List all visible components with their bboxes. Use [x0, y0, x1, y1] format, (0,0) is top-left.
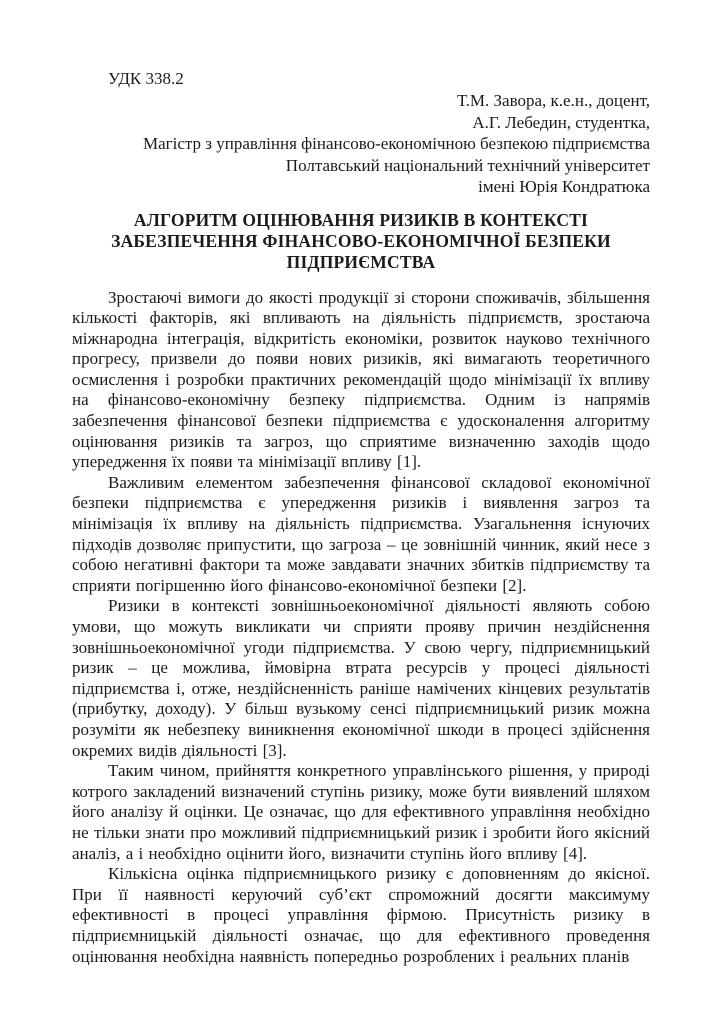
- body-paragraph-3: Ризики в контексті зовнішньоекономічної …: [72, 596, 650, 761]
- paper-title: АЛГОРИТМ ОЦІНЮВАННЯ РИЗИКІВ В КОНТЕКСТІ …: [72, 210, 650, 273]
- body-paragraph-2: Важливим елементом забезпечення фінансов…: [72, 473, 650, 597]
- body-paragraph-5: Кількісна оцінка підприємницького ризику…: [72, 864, 650, 967]
- article-body: Зростаючі вимоги до якості продукції зі …: [72, 288, 650, 968]
- body-paragraph-4: Таким чином, прийняття конкретного управ…: [72, 761, 650, 864]
- paper-title-line-3: ПІДПРИЄМСТВА: [72, 252, 650, 273]
- author-line-2: А.Г. Лебедин, студентка,: [72, 112, 650, 134]
- author-line-1: Т.М. Завора, к.е.н., доцент,: [72, 90, 650, 112]
- authors-block: Т.М. Завора, к.е.н., доцент, А.Г. Лебеди…: [72, 90, 650, 198]
- udc-code: УДК 338.2: [72, 68, 650, 90]
- paper-title-line-1: АЛГОРИТМ ОЦІНЮВАННЯ РИЗИКІВ В КОНТЕКСТІ: [72, 210, 650, 231]
- affiliation-line-3: імені Юрія Кондратюка: [72, 176, 650, 198]
- article-page: УДК 338.2 Т.М. Завора, к.е.н., доцент, А…: [0, 0, 724, 1024]
- paper-title-line-2: ЗАБЕЗПЕЧЕННЯ ФІНАНСОВО-ЕКОНОМІЧНОЇ БЕЗПЕ…: [72, 231, 650, 252]
- affiliation-line-2: Полтавський національний технічний уніве…: [72, 155, 650, 177]
- affiliation-line-1: Магістр з управління фінансово-економічн…: [72, 133, 650, 155]
- body-paragraph-1: Зростаючі вимоги до якості продукції зі …: [72, 288, 650, 473]
